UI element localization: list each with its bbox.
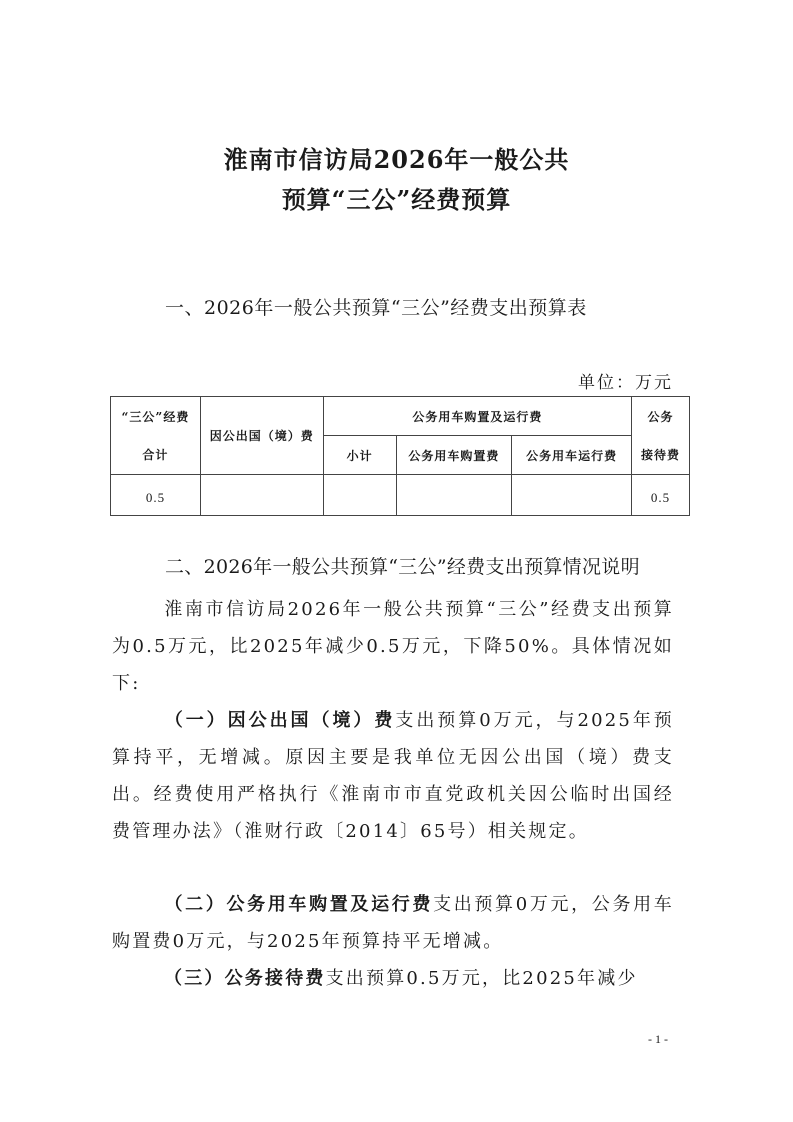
item1-paragraph: （一）因公出国（境）费支出预算0万元，与2025年预算持平，无增减。原因主要是我… (112, 702, 674, 850)
header-vehicle-purchase: 公务用车购置费 (396, 436, 512, 475)
item2-label: （二）公务用车购置及运行费 (164, 894, 433, 915)
section1-heading: 一、2026年一般公共预算“三公”经费支出预算表 (165, 293, 587, 320)
item1-label: （一）因公出国（境）费 (164, 710, 395, 731)
page-number: - 1 - (648, 1032, 668, 1047)
header-reception-line2: 接待费 (641, 448, 680, 462)
three-public-expenses-table: “三公”经费合计 因公出国（境）费 公务用车购置及运行费 公务接待费 小计 公务… (110, 396, 690, 516)
header-reception: 公务接待费 (632, 397, 690, 475)
section2-heading: 二、2026年一般公共预算“三公”经费支出预算情况说明 (165, 552, 640, 579)
cell-reception: 0.5 (632, 475, 690, 516)
cell-vehicle-operation (512, 475, 632, 516)
header-total-line2: 合计 (142, 448, 168, 462)
header-total-line1: “三公”经费 (122, 410, 190, 424)
header-vehicle-subtotal: 小计 (323, 436, 396, 475)
intro-paragraph: 淮南市信访局2026年一般公共预算“三公”经费支出预算为0.5万元，比2025年… (112, 591, 674, 702)
cell-vehicle-purchase (396, 475, 512, 516)
header-vehicle-group: 公务用车购置及运行费 (323, 397, 631, 436)
document-title-line1: 淮南市信访局2026年一般公共 (0, 140, 793, 175)
header-vehicle-operation: 公务用车运行费 (512, 436, 632, 475)
header-abroad: 因公出国（境）费 (200, 397, 323, 475)
table-row: 0.5 0.5 (111, 475, 690, 516)
cell-vehicle-subtotal (323, 475, 396, 516)
header-total: “三公”经费合计 (111, 397, 201, 475)
item3-paragraph: （三）公务接待费支出预算0.5万元，比2025年减少 (112, 960, 674, 997)
document-title-line2: 预算“三公”经费预算 (0, 180, 793, 215)
header-reception-line1: 公务 (648, 410, 674, 424)
cell-total: 0.5 (111, 475, 201, 516)
cell-abroad (200, 475, 323, 516)
item2-paragraph: （二）公务用车购置及运行费支出预算0万元，公务用车购置费0万元，与2025年预算… (112, 886, 674, 960)
item3-text: 支出预算0.5万元，比2025年减少 (326, 968, 638, 989)
unit-label: 单位：万元 (578, 368, 673, 393)
table-header-row-1: “三公”经费合计 因公出国（境）费 公务用车购置及运行费 公务接待费 (111, 397, 690, 436)
intro-text: 淮南市信访局2026年一般公共预算“三公”经费支出预算为0.5万元，比2025年… (112, 599, 674, 694)
item3-label: （三）公务接待费 (164, 968, 326, 989)
